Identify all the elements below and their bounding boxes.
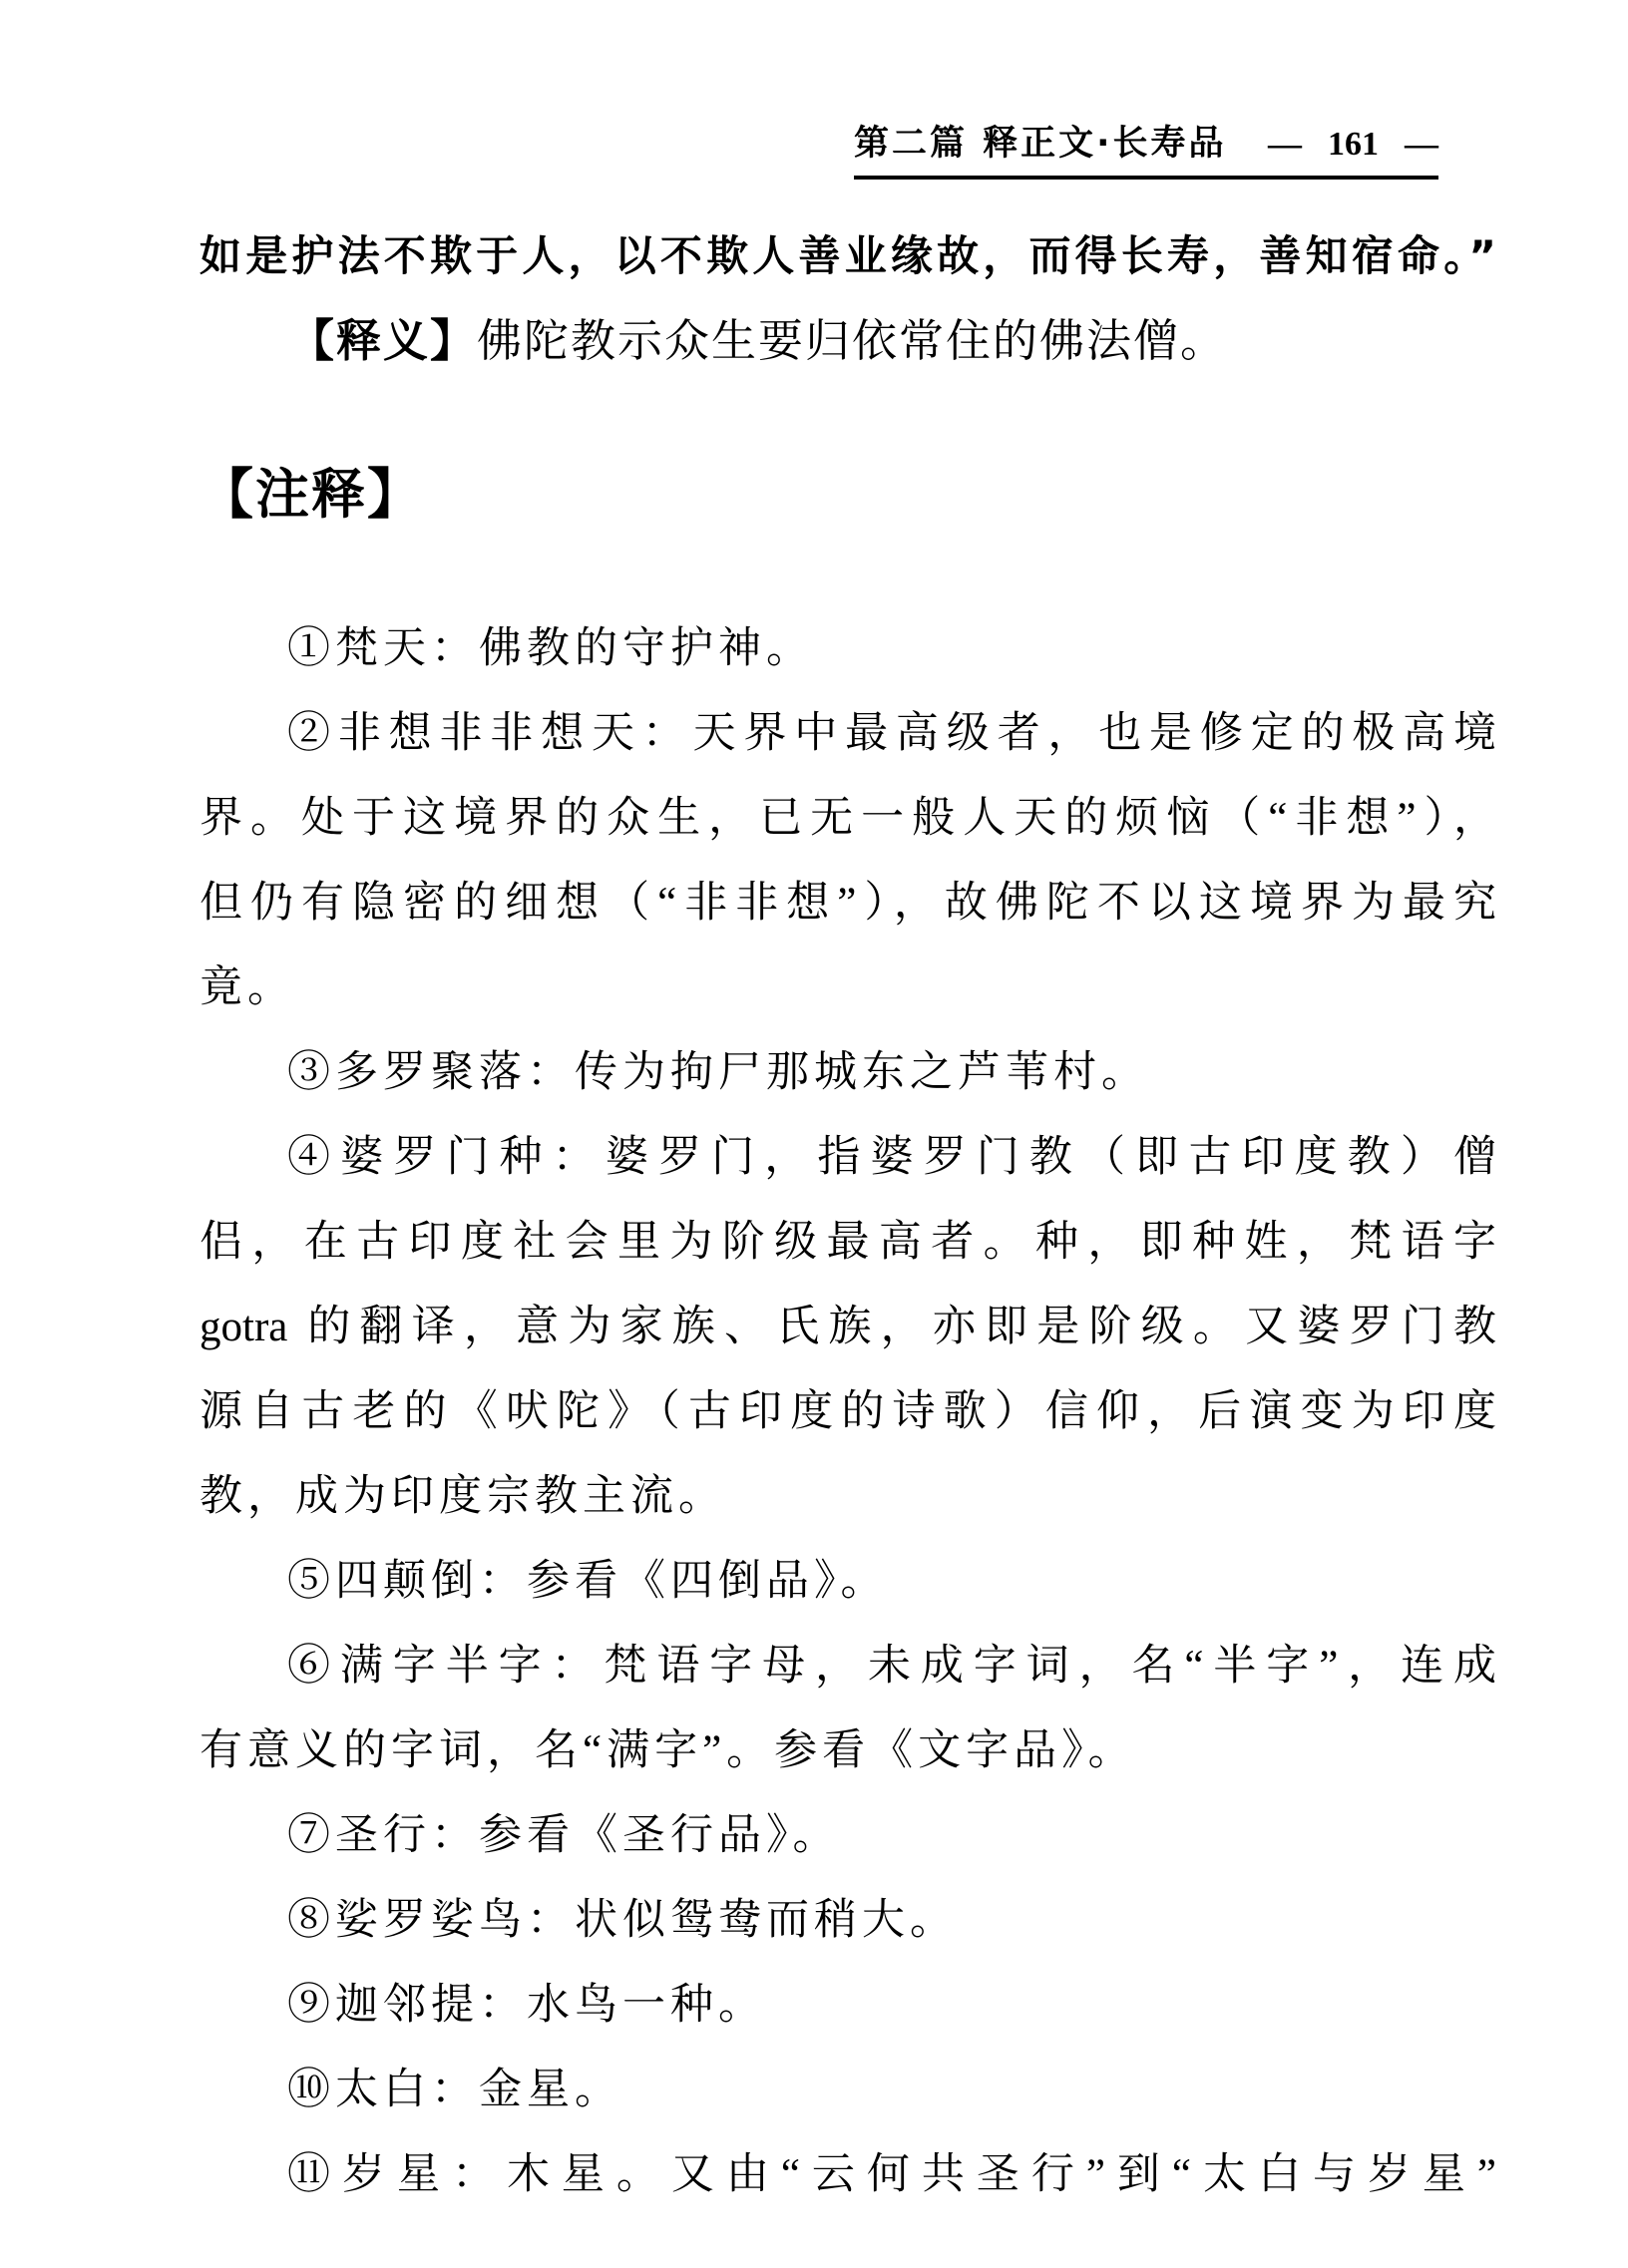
page-number-value: 161	[1328, 126, 1379, 164]
page-number: — 161 —	[1268, 126, 1438, 164]
note-line: ⑦圣行：参看《圣行品》。	[200, 1793, 1496, 1878]
note-line: gotra 的翻译，意为家族、氏族，亦即是阶级。又婆罗门教	[200, 1285, 1496, 1369]
section-title: 第二篇 释正文·长寿品	[854, 116, 1226, 166]
note-line: ①梵天：佛教的守护神。	[200, 606, 1496, 691]
note-line: ⑥满字半字：梵语字母，未成字词，名“半字”，连成	[200, 1624, 1496, 1708]
note-line: ③多罗聚落：传为拘尸那城东之芦苇村。	[200, 1030, 1496, 1115]
notes-section: ①梵天：佛教的守护神。 ②非想非非想天：天界中最高级者，也是修定的极高境 界。处…	[200, 606, 1496, 2217]
note-line: ⑩太白：金星。	[200, 2048, 1496, 2132]
note-line: ⑨迦邻提：水鸟一种。	[200, 1963, 1496, 2048]
book-page: 第二篇 释正文·长寿品 — 161 — 如是护法不欺于人，以不欺人善业缘故，而得…	[0, 0, 1628, 2268]
note-line: ④婆罗门种：婆罗门，指婆罗门教（即古印度教）僧	[200, 1115, 1496, 1200]
page-number-dash-left: —	[1268, 126, 1302, 164]
page-number-dash-right: —	[1405, 126, 1438, 164]
note-line: ⑤四颠倒：参看《四倒品》。	[200, 1539, 1496, 1624]
shiyi-paragraph: 【释义】佛陀教示众生要归依常住的佛法僧。	[200, 298, 1496, 383]
sutra-quote-line: 如是护法不欺于人，以不欺人善业缘故，而得长寿，善知宿命。”	[200, 213, 1496, 298]
shiyi-text: 佛陀教示众生要归依常住的佛法僧。	[477, 316, 1227, 366]
note-line: 源自古老的《吠陀》（古印度的诗歌）信仰，后演变为印度	[200, 1369, 1496, 1454]
note-line: ②非想非非想天：天界中最高级者，也是修定的极高境	[200, 691, 1496, 776]
note-line: 但仍有隐密的细想（“非非想”），故佛陀不以这境界为最究	[200, 861, 1496, 945]
note-line: 侣，在古印度社会里为阶级最高者。种，即种姓，梵语字	[200, 1200, 1496, 1285]
shiyi-label: 【释义】	[289, 314, 477, 367]
notes-heading: 【注释】	[200, 445, 1496, 545]
note-line: 教，成为印度宗教主流。	[200, 1454, 1496, 1539]
note-line: 有意义的字词，名“满字”。参看《文字品》。	[200, 1708, 1496, 1793]
body-text: 如是护法不欺于人，以不欺人善业缘故，而得长寿，善知宿命。” 【释义】佛陀教示众生…	[200, 213, 1496, 2217]
note-line: 竟。	[200, 945, 1496, 1030]
note-line: ⑧娑罗娑鸟：状似鸳鸯而稍大。	[200, 1878, 1496, 1963]
page-header: 第二篇 释正文·长寿品 — 161 —	[854, 116, 1438, 180]
note-line: ⑪岁星：木星。又由“云何共圣行”到“太白与岁星”	[200, 2132, 1496, 2217]
note-line: 界。处于这境界的众生，已无一般人天的烦恼（“非想”），	[200, 776, 1496, 861]
